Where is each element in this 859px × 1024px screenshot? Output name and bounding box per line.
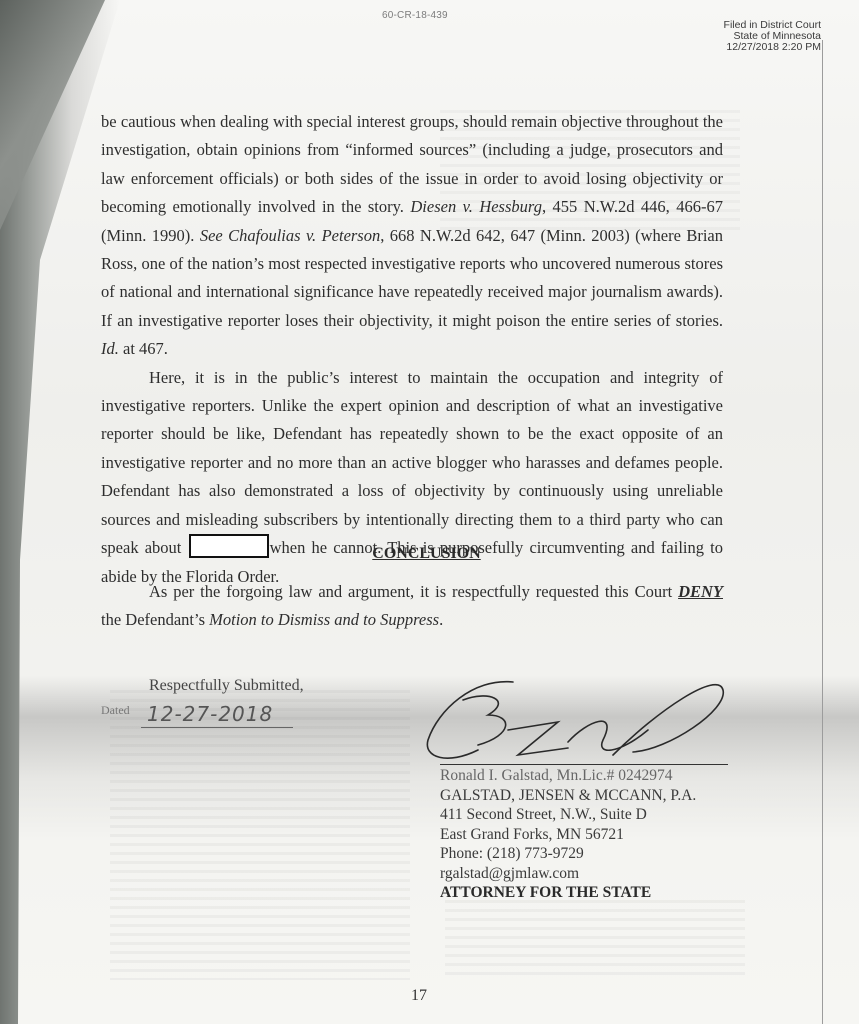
address-line-1: 411 Second Street, N.W., Suite D	[440, 805, 696, 825]
phone: Phone: (218) 773-9729	[440, 844, 696, 864]
section-heading: CONCLUSION	[372, 545, 480, 562]
margin-rule	[822, 40, 823, 1024]
paragraph-objectivity: be cautious when dealing with special in…	[101, 108, 723, 364]
deny-emphasis: DENY	[678, 582, 723, 601]
respectfully-submitted: Respectfully Submitted,	[149, 677, 304, 695]
dated-handwritten: 12-27-2018	[147, 702, 273, 726]
case-number: 60-CR-18-439	[382, 10, 448, 21]
conclusion-paragraph: As per the forgoing law and argument, it…	[101, 578, 723, 635]
signature-scrawl	[418, 670, 728, 770]
bleed-through	[110, 690, 410, 980]
paragraph-text: the Defendant’s	[101, 610, 209, 629]
filed-stamp: Filed in District Court State of Minneso…	[724, 20, 821, 53]
firm-name: GALSTAD, JENSEN & MCCANN, P.A.	[440, 786, 696, 806]
conclusion-text: As per the forgoing law and argument, it…	[101, 578, 723, 635]
attorney-name: Ronald I. Galstad, Mn.Lic.# 0242974	[440, 766, 696, 786]
signal-see: See	[200, 226, 223, 245]
case-citation: Diesen v. Hessburg	[410, 197, 542, 216]
email: rgalstad@gjmlaw.com	[440, 864, 696, 884]
signature-line	[440, 764, 728, 765]
address-line-2: East Grand Forks, MN 56721	[440, 825, 696, 845]
paragraph-text: .	[439, 610, 443, 629]
motion-title: Motion to Dismiss and to Suppress	[209, 610, 439, 629]
signature-block: Ronald I. Galstad, Mn.Lic.# 0242974 GALS…	[440, 766, 696, 903]
attorney-role: ATTORNEY FOR THE STATE	[440, 883, 696, 903]
body-text: be cautious when dealing with special in…	[101, 108, 723, 591]
paragraph-text: Here, it is in the public’s interest to …	[101, 368, 723, 557]
dated-label: Dated	[101, 703, 130, 718]
bleed-through	[445, 900, 745, 980]
citation-text: at 467.	[119, 339, 168, 358]
paragraph-text: As per the forgoing law and argument, it…	[149, 582, 678, 601]
dated-line	[141, 727, 293, 728]
id-citation: Id.	[101, 339, 119, 358]
case-citation: Chafoulias v. Peterson	[228, 226, 380, 245]
conclusion-heading: CONCLUSION	[0, 545, 859, 563]
filed-stamp-datetime: 12/27/2018 2:20 PM	[724, 42, 821, 53]
page-number: 17	[0, 987, 838, 1005]
